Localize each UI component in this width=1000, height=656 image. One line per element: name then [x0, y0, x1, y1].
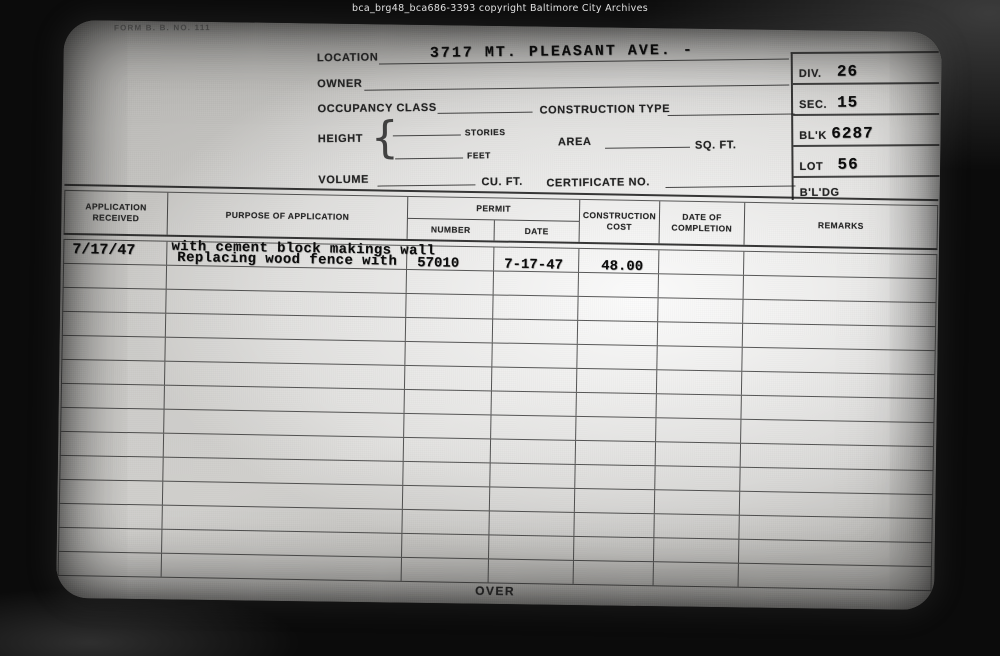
- construction-type-underline: [667, 96, 794, 116]
- feet-underline: [395, 141, 463, 160]
- entry-application-received: 7/17/47: [64, 238, 135, 259]
- lot-label: LOT: [799, 161, 823, 173]
- owner-label: OWNER: [317, 78, 362, 91]
- parcel-row-div: DIV. 26: [793, 53, 939, 85]
- area-label: AREA: [558, 136, 592, 148]
- feet-label: FEET: [467, 150, 491, 160]
- archive-caption: bca_brg48_bca686-3393 copyright Baltimor…: [0, 3, 1000, 14]
- occupancy-class-underline: [437, 95, 532, 114]
- location-label: LOCATION: [317, 52, 379, 65]
- header-permit: PERMIT: [408, 197, 580, 222]
- volume-underline: [377, 167, 475, 186]
- location-value: 3717 MT. PLEASANT AVE. -: [430, 42, 694, 62]
- stories-underline: [393, 118, 461, 137]
- div-label: DIV.: [799, 68, 822, 80]
- header-fields: LOCATION 3717 MT. PLEASANT AVE. - OWNER …: [312, 39, 804, 197]
- header-permit-number: NUMBER: [408, 219, 495, 241]
- header-date-of-completion: DATE OF COMPLETION: [660, 201, 746, 244]
- sec-label: SEC.: [799, 99, 827, 111]
- photo-background: bca_brg48_bca686-3393 copyright Baltimor…: [0, 0, 1000, 656]
- lot-value: 56: [837, 156, 858, 174]
- owner-underline: [364, 66, 789, 91]
- sq-ft-label: SQ. FT.: [695, 139, 737, 152]
- permit-card: FORM B. B. NO. 111 LOCATION 3717 MT. PLE…: [56, 20, 942, 610]
- header-application-received: APPLICATION RECEIVED: [65, 191, 169, 235]
- entry-permit-date: 7-17-47: [504, 257, 563, 274]
- construction-type-label: CONSTRUCTION TYPE: [539, 103, 670, 117]
- header-construction-cost: CONSTRUCTION COST: [580, 200, 661, 243]
- div-value: 26: [837, 63, 858, 81]
- entry-permit-number: 57010: [417, 255, 459, 272]
- header-purpose: PURPOSE OF APPLICATION: [168, 193, 409, 239]
- parcel-row-blk: BL'K 6287: [793, 115, 939, 147]
- volume-label: VOLUME: [318, 174, 369, 187]
- permit-table: APPLICATION RECEIVED PURPOSE OF APPLICAT…: [58, 184, 939, 591]
- area-underline: [605, 129, 690, 149]
- form-number: FORM B. B. NO. 111: [114, 23, 211, 32]
- certificate-no-underline: [665, 168, 795, 188]
- header-permit-date: DATE: [495, 220, 580, 241]
- blk-value: 6287: [831, 124, 874, 142]
- blk-label: BL'K: [799, 130, 827, 142]
- certificate-no-label: CERTIFICATE NO.: [546, 176, 650, 189]
- stories-label: STORIES: [465, 127, 506, 137]
- sec-value: 15: [837, 94, 858, 112]
- parcel-row-sec: SEC. 15: [793, 84, 939, 116]
- cu-ft-label: CU. FT.: [481, 176, 523, 189]
- table-body: 7/17/47 with cement block makings wall R…: [58, 240, 938, 591]
- parcel-row-lot: LOT 56: [793, 146, 939, 178]
- entry-construction-cost: 48.00: [601, 258, 643, 275]
- parcel-box: DIV. 26 SEC. 15 BL'K 6287 LOT 56 B'L'DG: [791, 51, 940, 200]
- height-label: HEIGHT: [318, 133, 363, 146]
- header-remarks: REMARKS: [745, 203, 939, 248]
